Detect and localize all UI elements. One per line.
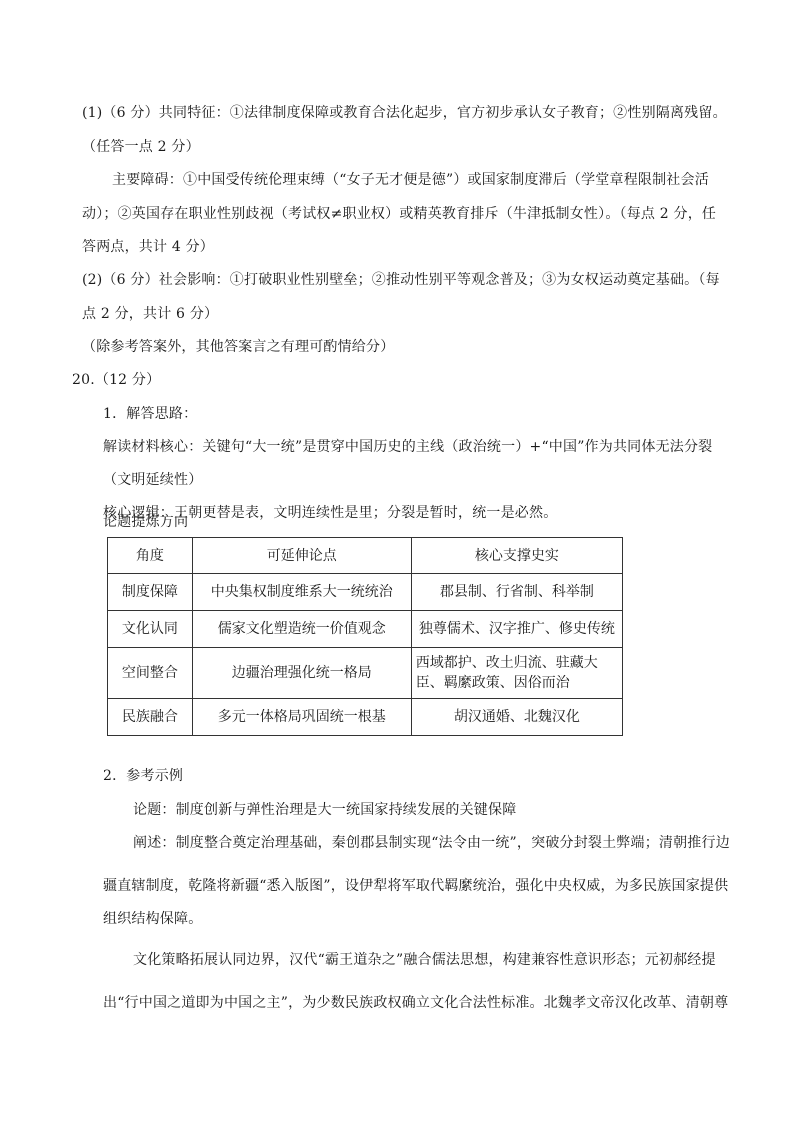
table-header-cell: 角度 [108,538,193,574]
q20-section1-title: 1．解答思路： [103,405,197,423]
table-cell: 民族融合 [108,699,193,736]
q20-table-caption: 论题提炼方向 [103,513,188,531]
q19-part2-line2: 点 2 分，共计 6 分） [82,305,218,323]
q20-heading: 20.（12 分） [72,371,160,389]
q20-para1-line1: 阐述：制度整合奠定治理基础，秦创郡县制实现“法令由一统”，突破分封裂土弊端；清朝… [133,834,730,852]
table-cell: 胡汉通婚、北魏汉化 [411,699,622,736]
table-row: 民族融合 多元一体格局巩固统一根基 胡汉通婚、北魏汉化 [108,699,623,736]
q19-obstacle-line3: 答两点，共计 4 分） [82,238,214,256]
table-cell: 边疆治理强化统一格局 [192,648,411,699]
q20-section2-title: 2．参考示例 [103,767,183,785]
table-cell: 多元一体格局巩固统一根基 [192,699,411,736]
table-cell: 郡县制、行省制、科举制 [411,574,622,611]
q20-thesis: 论题：制度创新与弹性治理是大一统国家持续发展的关键保障 [133,801,516,819]
argument-table: 角度 可延伸论点 核心支撑史实 制度保障 中央集权制度维系大一统统治 郡县制、行… [107,537,623,736]
table-cell: 文化认同 [108,611,193,648]
q19-obstacle-line2: 动）；②英国存在职业性别歧视（考试权≠职业权）或精英教育排斥（牛津抵制女性）。（… [82,205,716,223]
q20-core-line1: 解读材料核心：关键句“大一统”是贯穿中国历史的主线（政治统一）+“中国”作为共同… [103,438,712,456]
q20-core-line2: （文明延续性） [103,471,202,489]
table-cell: 西域都护、改土归流、驻藏大臣、羁縻政策、因俗而治 [411,648,622,699]
q19-obstacle-line1: 主要障碍：①中国受传统伦理束缚（“女子无才便是德”）或国家制度滞后（学堂章程限制… [112,171,709,189]
q20-para1-line2: 疆直辖制度，乾隆将新疆“悉入版图”，设伊犁将军取代羁縻统治，强化中央权威，为多民… [103,877,728,895]
q20-para2-line2: 出“行中国之道即为中国之主”，为少数民族政权确立文化合法性标准。北魏孝文帝汉化改… [103,994,728,1012]
table-cell: 独尊儒术、汉字推广、修史传统 [411,611,622,648]
q19-note: （除参考答案外，其他答案言之有理可酌情给分） [82,338,394,356]
table-cell: 空间整合 [108,648,193,699]
q19-part1-line1: (1)（6 分）共同特征：①法律制度保障或教育合法化起步，官方初步承认女子教育；… [82,104,727,122]
table-cell: 制度保障 [108,574,193,611]
table-cell: 中央集权制度维系大一统统治 [192,574,411,611]
table-row: 空间整合 边疆治理强化统一格局 西域都护、改土归流、驻藏大臣、羁縻政策、因俗而治 [108,648,623,699]
table-cell: 儒家文化塑造统一价值观念 [192,611,411,648]
table-header-row: 角度 可延伸论点 核心支撑史实 [108,538,623,574]
q20-para1-line3: 组织结构保障。 [103,910,202,928]
q19-part2-line1: (2)（6 分）社会影响：①打破职业性别壁垒；②推动性别平等观念普及；③为女权运… [82,271,720,289]
q20-para2-line1: 文化策略拓展认同边界，汉代“霸王道杂之”融合儒法思想，构建兼容性意识形态；元初郝… [133,951,716,969]
table-row: 文化认同 儒家文化塑造统一价值观念 独尊儒术、汉字推广、修史传统 [108,611,623,648]
table-header-cell: 可延伸论点 [192,538,411,574]
table-header-cell: 核心支撑史实 [411,538,622,574]
q19-part1-line2: （任答一点 2 分） [82,138,200,156]
table-row: 制度保障 中央集权制度维系大一统统治 郡县制、行省制、科举制 [108,574,623,611]
